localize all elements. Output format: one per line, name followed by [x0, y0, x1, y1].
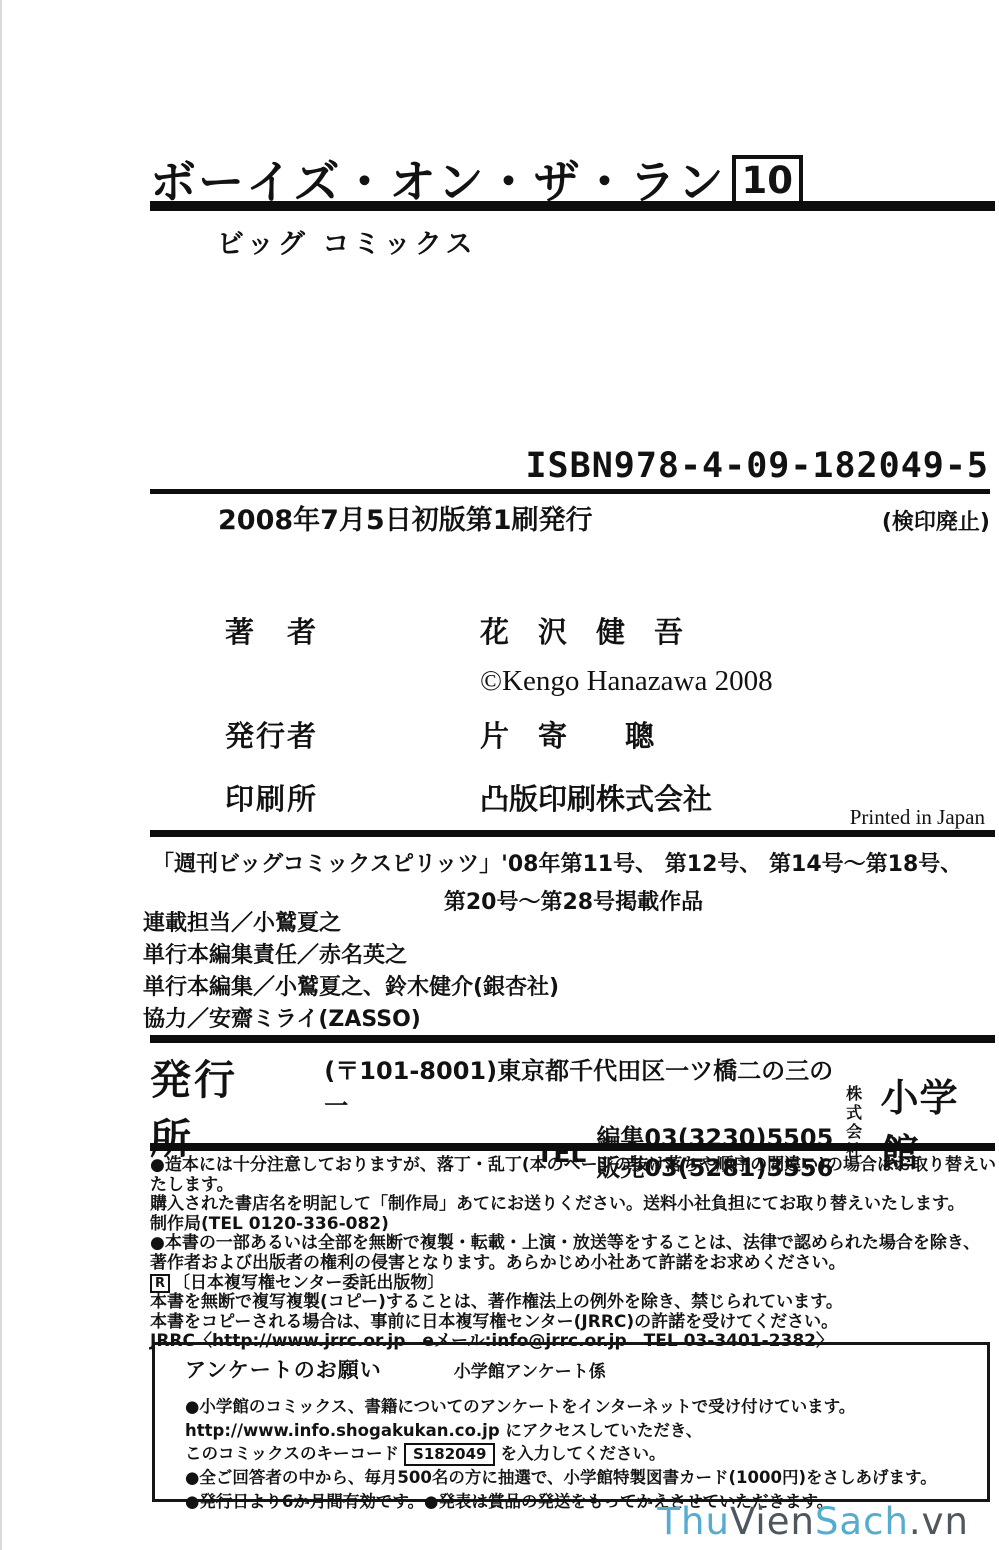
watermark-part: Thu [657, 1500, 730, 1543]
notice-line: 本書を無断で複写複製(コピー)することは、著作権法上の例外を除き、禁じられていま… [150, 1293, 998, 1313]
staff-line: 単行本編集責任／赤名英之 [143, 940, 559, 972]
credit-row-printer: 印刷所 凸版印刷株式会社 [225, 777, 773, 818]
section-rule [150, 830, 995, 837]
credit-value: 片 寄 聰 [480, 714, 654, 755]
imprint-label: ビッグ コミックス [217, 222, 477, 261]
title-rule [150, 201, 995, 211]
survey-line: http://www.info.shogakukan.co.jp にアクセスして… [185, 1419, 977, 1443]
isbn-rule [150, 489, 990, 494]
credit-row-author: 著 者 花 沢 健 吾 [225, 610, 773, 651]
volume-badge: 10 [732, 155, 804, 207]
staff-line: 協力／安齋ミライ(ZASSO) [143, 1004, 559, 1036]
notice-line: 制作局(TEL 0120-336-082) [150, 1215, 998, 1235]
notice-line: 本書をコピーされる場合は、事前に日本複写権センター(JRRC)の許諾を受けてくだ… [150, 1313, 998, 1333]
printed-in-japan: Printed in Japan [850, 805, 985, 830]
notice-line: 購入された書店名を明記して「制作局」あてにお送りください。送料小社負担にてお取り… [150, 1195, 998, 1215]
credits-table: 著 者 花 沢 健 吾 ©Kengo Hanazawa 2008 発行者 片 寄… [225, 610, 773, 818]
staff-line: 連載担当／小鷲夏之 [143, 908, 559, 940]
serialization-line-1: 「週刊ビッグコミックスピリッツ」'08年第11号、 第12号、 第14号～第18… [152, 847, 995, 878]
section-rule [150, 1143, 995, 1151]
survey-body: ●小学館のコミックス、書籍についてのアンケートをインターネットで受け付けています… [185, 1395, 977, 1513]
survey-line-keycode: このコミックスのキーコードS182049を入力してください。 [185, 1442, 977, 1466]
notice-line: ●本書の一部あるいは全部を無断で複製・転載・上演・放送等をすることは、法律で認め… [150, 1234, 998, 1254]
edition-row: 2008年7月5日初版第1刷発行 (検印廃止) [150, 498, 990, 537]
notice-line: 著作者および出版者の権利の侵害となります。あらかじめ小社あて許諾をお求めください… [150, 1254, 998, 1274]
credit-row-issuer: 発行者 片 寄 聰 [225, 714, 773, 755]
copyright-line: ©Kengo Hanazawa 2008 [480, 665, 773, 698]
notice-line-jrrc-mark: R〔日本複写権センター委託出版物〕 [150, 1274, 998, 1294]
legal-notices: ●造本には十分注意しておりますが、落丁・乱丁(本のページの抜け落ちや順序の間違い… [150, 1156, 998, 1352]
survey-heading: アンケートのお願い [185, 1354, 382, 1384]
watermark-part: Sach [815, 1500, 909, 1543]
survey-header: アンケートのお願い 小学館アンケート係 [185, 1354, 977, 1384]
credit-value: 凸版印刷株式会社 [480, 777, 712, 818]
isbn-text: ISBN978-4-09-182049-5 [525, 446, 989, 486]
staff-credits: 連載担当／小鷲夏之 単行本編集責任／赤名英之 単行本編集／小鷲夏之、鈴木健介(銀… [143, 908, 559, 1036]
keycode-pre-text: このコミックスのキーコード [185, 1444, 399, 1463]
credit-label: 発行者 [225, 714, 480, 755]
company-prefix-top: 株式 [846, 1084, 862, 1122]
colophon-page: ボーイズ・オン・ザ・ラン10 ビッグ コミックス ISBN978-4-09-18… [0, 0, 999, 1550]
registered-copy-mark-icon: R [150, 1274, 170, 1293]
survey-box: アンケートのお願い 小学館アンケート係 ●小学館のコミックス、書籍についてのアン… [152, 1342, 990, 1502]
serialization-info: 「週刊ビッグコミックスピリッツ」'08年第11号、 第12号、 第14号～第18… [152, 847, 995, 916]
credit-value: 花 沢 健 吾 [480, 610, 683, 651]
notice-line: 〔日本複写権センター委託出版物〕 [173, 1273, 444, 1293]
survey-line: ●全ご回答者の中から、毎月500名の方に抽選で、小学館特製図書カード(1000円… [185, 1466, 977, 1490]
edition-date: 2008年7月5日初版第1刷発行 [218, 498, 593, 537]
watermark-part: Vien [730, 1500, 815, 1543]
stamp-abolished-note: (検印廃止) [882, 505, 990, 536]
notice-line: ●造本には十分注意しておりますが、落丁・乱丁(本のページの抜け落ちや順序の間違い… [150, 1156, 998, 1195]
credit-label: 著 者 [225, 610, 480, 651]
site-watermark: ThuVienSach.vn [657, 1500, 969, 1543]
survey-line: ●小学館のコミックス、書籍についてのアンケートをインターネットで受け付けています… [185, 1395, 977, 1419]
watermark-part: .vn [909, 1500, 969, 1543]
section-rule [150, 1035, 995, 1043]
credit-row-copyright: ©Kengo Hanazawa 2008 [225, 665, 773, 698]
keycode-box: S182049 [404, 1443, 495, 1466]
keycode-post-text: を入力してください。 [500, 1444, 665, 1463]
survey-recipient: 小学館アンケート係 [454, 1357, 606, 1382]
staff-line: 単行本編集／小鷲夏之、鈴木健介(銀杏社) [143, 972, 559, 1004]
publisher-address: (〒101-8001)東京都千代田区一ツ橋二の三の一 [324, 1051, 846, 1121]
credit-label: 印刷所 [225, 777, 480, 818]
